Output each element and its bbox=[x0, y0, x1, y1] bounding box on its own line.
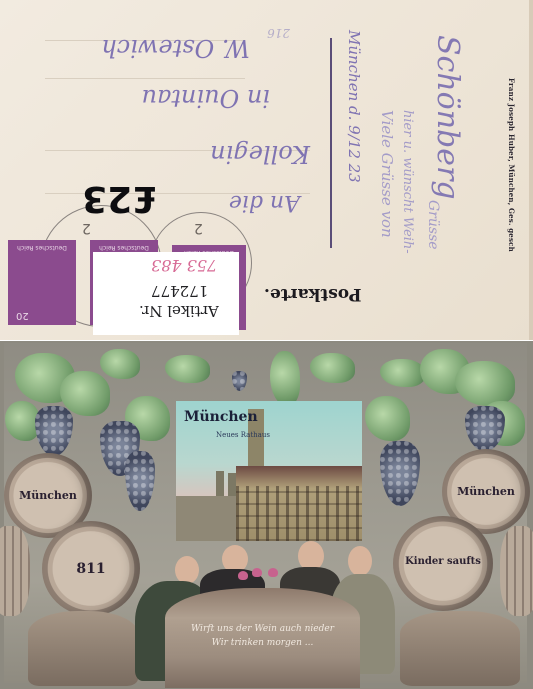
wine-glass bbox=[238, 571, 248, 580]
postmark-digit: 2 bbox=[194, 220, 203, 236]
man-head bbox=[175, 556, 199, 584]
pencil-mark: 216 bbox=[267, 26, 290, 40]
postcard-back: 216 W. Ostewich in Ouintau Kollegin An d… bbox=[0, 0, 533, 340]
wine-glass bbox=[252, 568, 262, 577]
table-barrel: Wirft uns der Wein auch nieder Wir trink… bbox=[165, 588, 360, 688]
barrel-label: 811 bbox=[42, 561, 140, 577]
signature: Schönberg bbox=[430, 35, 465, 200]
barrel-label: München bbox=[4, 489, 92, 502]
postage-stamp: Deutsches Reich 20 bbox=[8, 240, 76, 325]
message-line-1: Viele Grüsse von bbox=[378, 110, 396, 238]
address-name: W. Ostewich bbox=[101, 34, 250, 62]
publisher-imprint: Franz Joseph Huber, München, Ges. gesch bbox=[507, 78, 516, 252]
barrel-label: München bbox=[442, 485, 530, 498]
article-number: 172477 bbox=[151, 282, 208, 300]
address-salutation: An die bbox=[229, 190, 300, 215]
article-label: 753 483 172477 Artikel Nr. bbox=[93, 252, 239, 335]
rathaus-facade bbox=[236, 466, 362, 541]
postcard-front: München Neues Rathaus München 811 Münche… bbox=[0, 341, 533, 689]
postkarte-heading: Postkarte. bbox=[264, 284, 361, 304]
inscription-line-1: Wirft uns der Wein auch nieder bbox=[165, 624, 360, 634]
barrel-label: Kinder saufts bbox=[393, 556, 493, 567]
inscription-line-2: Wir trinken morgen ... bbox=[165, 638, 360, 648]
card-edge bbox=[529, 0, 533, 340]
barrel: Kinder saufts bbox=[393, 516, 493, 611]
rathaus-photo: München Neues Rathaus bbox=[176, 401, 362, 541]
wine-glass bbox=[268, 568, 278, 577]
address-line bbox=[45, 78, 245, 79]
article-label-text: Artikel Nr. bbox=[139, 302, 219, 320]
message-line-3: Grüsse bbox=[425, 200, 441, 250]
stamp-country: Deutsches Reich bbox=[12, 244, 72, 251]
pencil-number: 753 483 bbox=[151, 256, 217, 275]
inset-subtitle: Neues Rathaus bbox=[216, 431, 270, 439]
handwritten-date: München d. 9/12 23 bbox=[345, 30, 363, 183]
postmark-digit: 2 bbox=[82, 220, 91, 236]
divider-line bbox=[330, 38, 332, 248]
barrel-side bbox=[500, 526, 533, 616]
vine-leaf bbox=[270, 351, 300, 406]
man-head bbox=[348, 546, 372, 576]
barrel: 811 bbox=[42, 521, 140, 616]
address-recipient: Kollegin bbox=[210, 140, 310, 168]
address-town: in Ouintau bbox=[142, 84, 270, 112]
building bbox=[176, 496, 236, 541]
message-line-2: hier u. wünscht Weih- bbox=[400, 110, 415, 254]
barrel-pedestal bbox=[400, 611, 520, 686]
barrel-pedestal bbox=[28, 611, 138, 686]
barrel-side bbox=[0, 526, 30, 616]
stamp-country: Deutsches Reich bbox=[94, 244, 154, 251]
marker-code: £23 bbox=[82, 178, 157, 219]
inset-title: München bbox=[184, 409, 258, 425]
stamp-value: 20 bbox=[16, 310, 29, 321]
